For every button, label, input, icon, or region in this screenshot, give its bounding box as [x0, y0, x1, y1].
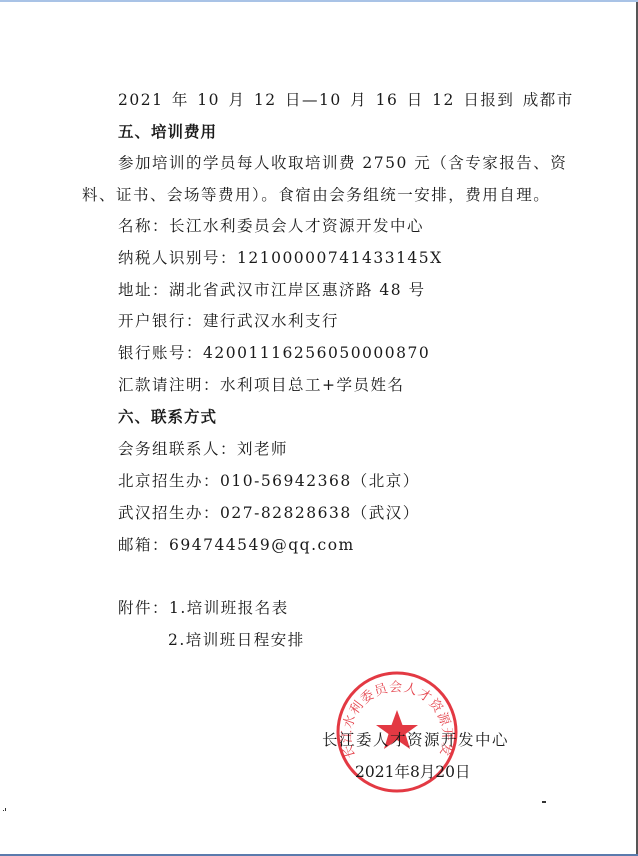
page-top-border: [0, 0, 638, 2]
scan-speck: [5, 808, 6, 811]
attachment-item-2: 2.培训班日程安排: [168, 630, 305, 650]
payee-name: 名称：长江水利委员会人才资源开发中心: [118, 216, 424, 236]
address: 地址：湖北省武汉市江岸区惠济路 48 号: [118, 280, 426, 300]
section5-heading: 五、培训费用: [118, 122, 217, 142]
email: 邮箱：694744549@qq.com: [118, 535, 355, 555]
scan-speck: [3, 810, 4, 811]
bank-account: 银行账号：42001116256050000870: [118, 343, 430, 363]
taxpayer-id: 纳税人识别号：12100000741433145X: [118, 248, 443, 268]
contact-person: 会务组联系人：刘老师: [118, 439, 288, 459]
remit-note: 汇款请注明：水利项目总工+学员姓名: [118, 375, 405, 395]
signature-date: 2021年8月20日: [355, 760, 471, 782]
beijing-phone: 北京招生办：010-56942368（北京）: [118, 471, 420, 491]
bank-name: 开户银行：建行武汉水利支行: [118, 311, 339, 331]
schedule-line: 2021 年 10 月 12 日—10 月 16 日 12 日报到 成都市: [118, 90, 574, 110]
fee-text-line2: 料、证书、会场等费用）。食宿由会务组统一安排，费用自理。: [82, 185, 550, 205]
fee-text-line1: 参加培训的学员每人收取培训费 2750 元（含专家报告、资: [118, 153, 567, 173]
attachment-item-1: 附件：1.培训班报名表: [118, 598, 289, 618]
scan-speck: [542, 801, 546, 803]
wuhan-phone: 武汉招生办：027-82828638（武汉）: [118, 503, 420, 523]
signature-org: 长江委人才资源开发中心: [322, 728, 509, 750]
section6-heading: 六、联系方式: [118, 407, 217, 427]
